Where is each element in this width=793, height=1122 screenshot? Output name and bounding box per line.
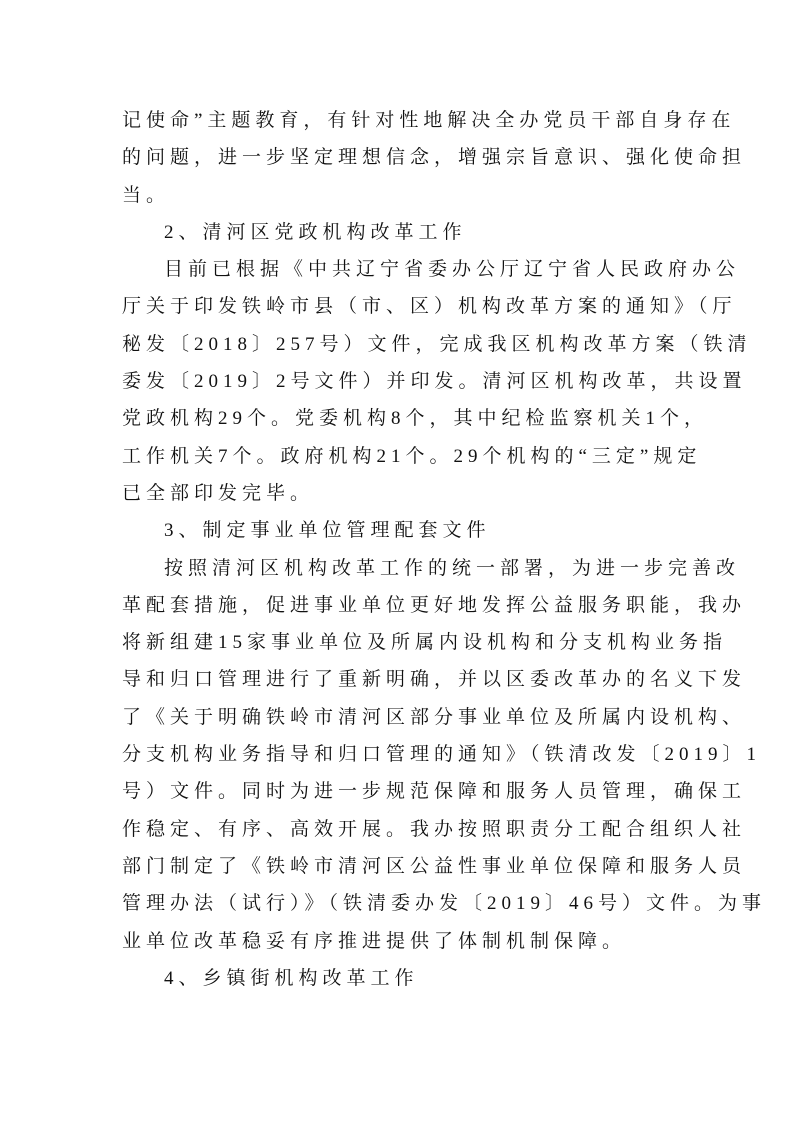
section-heading: 2、清河区党政机构改革工作: [122, 214, 672, 251]
section-heading: 4、乡镇街机构改革工作: [122, 960, 672, 997]
body-line: 部门制定了《铁岭市清河区公益性事业单位保障和服务人员: [122, 848, 672, 885]
body-line: 工作机关7个。政府机构21个。29个机构的“三定”规定: [122, 438, 672, 475]
paragraph-first-line: 目前已根据《中共辽宁省委办公厅辽宁省人民政府办公: [122, 251, 672, 288]
body-line: 革配套措施，促进事业单位更好地发挥公益服务职能，我办: [122, 587, 672, 624]
document-page: 记使命”主题教育，有针对性地解决全办党员干部自身存在 的问题，进一步坚定理想信念…: [0, 0, 793, 1122]
body-line: 管理办法（试行）》（铁清委办发〔2019〕46号）文件。为事: [122, 885, 672, 922]
body-line: 记使命”主题教育，有针对性地解决全办党员干部自身存在: [122, 102, 672, 139]
body-line: 作稳定、有序、高效开展。我办按照职责分工配合组织人社: [122, 811, 672, 848]
body-line: 导和归口管理进行了重新明确，并以区委改革办的名义下发: [122, 661, 672, 698]
body-line: 业单位改革稳妥有序推进提供了体制机制保障。: [122, 923, 672, 960]
body-line: 已全部印发完毕。: [122, 475, 672, 512]
document-body: 记使命”主题教育，有针对性地解决全办党员干部自身存在 的问题，进一步坚定理想信念…: [122, 102, 672, 997]
body-line: 当。: [122, 177, 672, 214]
paragraph-first-line: 按照清河区机构改革工作的统一部署，为进一步完善改: [122, 550, 672, 587]
body-line: 分支机构业务指导和归口管理的通知》（铁清改发〔2019〕1: [122, 736, 672, 773]
body-line: 号）文件。同时为进一步规范保障和服务人员管理，确保工: [122, 773, 672, 810]
section-heading: 3、制定事业单位管理配套文件: [122, 512, 672, 549]
body-line: 将新组建15家事业单位及所属内设机构和分支机构业务指: [122, 624, 672, 661]
body-line: 厅关于印发铁岭市县（市、区）机构改革方案的通知》（厅: [122, 288, 672, 325]
body-line: 党政机构29个。党委机构8个，其中纪检监察机关1个，: [122, 400, 672, 437]
body-line: 委发〔2019〕2号文件）并印发。清河区机构改革，共设置: [122, 363, 672, 400]
body-line: 的问题，进一步坚定理想信念，增强宗旨意识、强化使命担: [122, 139, 672, 176]
body-line: 秘发〔2018〕257号）文件，完成我区机构改革方案（铁清: [122, 326, 672, 363]
body-line: 了《关于明确铁岭市清河区部分事业单位及所属内设机构、: [122, 699, 672, 736]
